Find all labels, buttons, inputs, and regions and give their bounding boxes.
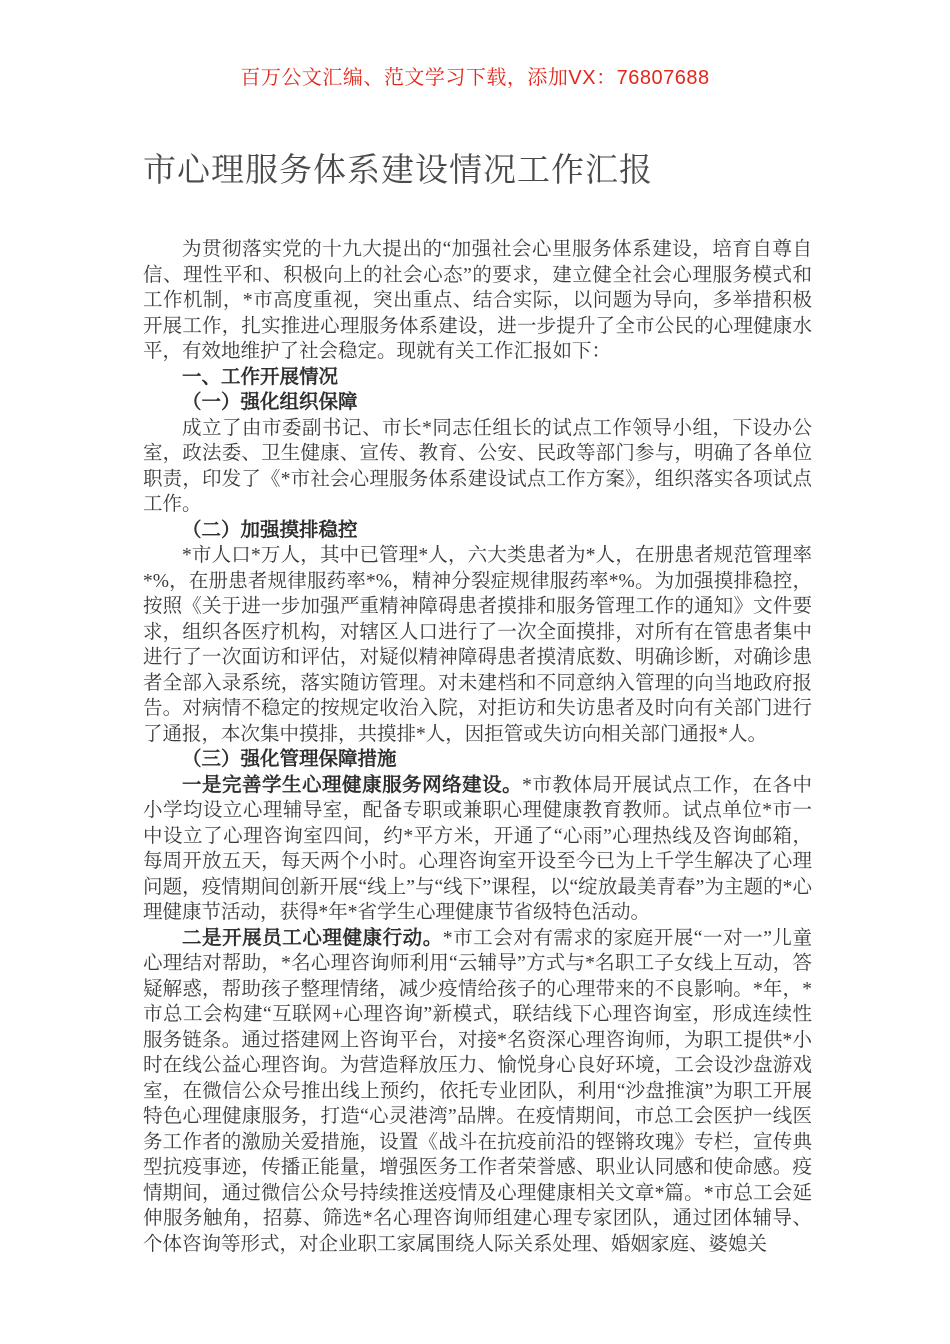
subsection-heading-management: （三）强化管理保障措施 xyxy=(143,747,812,773)
document-page: 百万公文汇编、范文学习下载，添加VX：76807688 市心理服务体系建设情况工… xyxy=(0,0,950,1344)
paragraph-student-services-lead: 一是完善学生心理健康服务网络建设。 xyxy=(182,774,522,796)
paragraph-screening: *市人口*万人，其中已管理*人，六大类患者为*人，在册患者规范管理率*%，在册患… xyxy=(143,543,812,747)
paragraph-employee-health-lead: 二是开展员工心理健康行动。 xyxy=(182,927,443,949)
section-heading-work-progress: 一、工作开展情况 xyxy=(143,365,812,391)
paragraph-student-services-text: *市教体局开展试点工作，在各中小学均设立心理辅导室，配备专职或兼职心理健康教育教… xyxy=(143,775,812,924)
paragraph-employee-health-text: *市工会对有需求的家庭开展“一对一”儿童心理结对帮助，*名心理咨询师利用“云辅导… xyxy=(143,928,812,1255)
paragraph-intro: 为贯彻落实党的十九大提出的“加强社会心里服务体系建设，培育自尊自信、理性平和、积… xyxy=(143,237,812,365)
paragraph-employee-health: 二是开展员工心理健康行动。*市工会对有需求的家庭开展“一对一”儿童心理结对帮助，… xyxy=(143,926,812,1258)
paragraph-organization: 成立了由市委副书记、市长*同志任组长的试点工作领导小组，下设办公室，政法委、卫生… xyxy=(143,416,812,518)
promo-header: 百万公文汇编、范文学习下载，添加VX：76807688 xyxy=(0,0,950,90)
subsection-heading-organization: （一）强化组织保障 xyxy=(143,390,812,416)
subsection-heading-screening: （二）加强摸排稳控 xyxy=(143,518,812,544)
paragraph-student-services: 一是完善学生心理健康服务网络建设。*市教体局开展试点工作，在各中小学均设立心理辅… xyxy=(143,773,812,926)
document-body: 为贯彻落实党的十九大提出的“加强社会心里服务体系建设，培育自尊自信、理性平和、积… xyxy=(143,237,812,1257)
document-title: 市心理服务体系建设情况工作汇报 xyxy=(143,148,813,192)
